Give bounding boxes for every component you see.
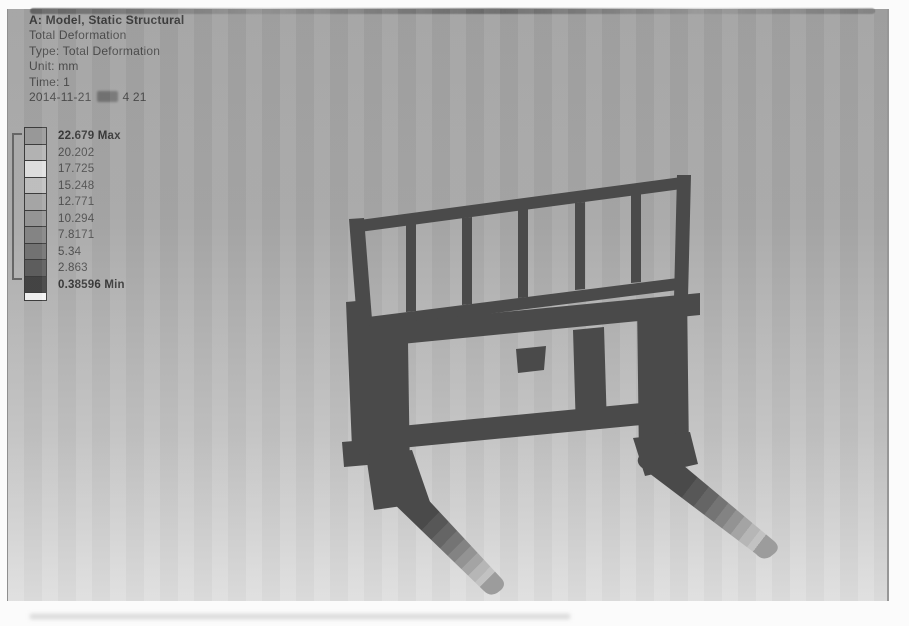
legend-row-cap <box>24 293 125 301</box>
legend-label: 12.771 <box>58 196 94 208</box>
legend-bracket <box>12 133 22 280</box>
legend-row: 7.8171 <box>24 227 125 244</box>
result-info-block: A: Model, Static Structural Total Deform… <box>29 13 184 105</box>
legend-label: 10.294 <box>58 213 94 225</box>
timestamp-smudge <box>97 91 118 102</box>
legend-swatch <box>24 259 47 277</box>
graphics-viewport[interactable]: A: Model, Static Structural Total Deform… <box>7 9 889 601</box>
result-name: Total Deformation <box>29 28 184 43</box>
legend-swatch <box>24 144 47 162</box>
result-type: Type: Total Deformation <box>29 44 184 59</box>
legend-label: 17.725 <box>58 163 94 175</box>
legend-row: 10.294 <box>24 211 125 228</box>
legend-max-label: 22.679 Max <box>58 130 121 142</box>
ansys-result-screenshot: A: Model, Static Structural Total Deform… <box>0 0 909 626</box>
legend-swatch <box>24 210 47 228</box>
legend-swatch <box>24 193 47 211</box>
legend-swatch <box>24 127 47 145</box>
legend-label: 5.34 <box>58 246 81 258</box>
legend-swatch <box>24 160 47 178</box>
legend-row: 22.679 Max <box>24 128 125 145</box>
legend-row: 20.202 <box>24 145 125 162</box>
timestamp-date: 2014-11-21 <box>29 90 92 104</box>
legend-cap-swatch <box>24 292 47 301</box>
result-time: Time: 1 <box>29 75 184 90</box>
result-unit: Unit: mm <box>29 59 184 74</box>
legend-min-label: 0.38596 Min <box>58 279 125 291</box>
timestamp-suffix: 4 21 <box>123 90 147 104</box>
legend-row: 0.38596 Min <box>24 277 125 294</box>
result-title: A: Model, Static Structural <box>29 13 184 28</box>
legend-swatch <box>24 276 47 294</box>
legend-swatch <box>24 226 47 244</box>
legend-label: 7.8171 <box>58 229 94 241</box>
legend-swatch <box>24 177 47 195</box>
deformation-legend: 22.679 Max 20.202 17.725 15.248 12.771 1… <box>24 128 125 301</box>
legend-label: 20.202 <box>58 147 94 159</box>
legend-row: 5.34 <box>24 244 125 261</box>
legend-row: 17.725 <box>24 161 125 178</box>
legend-label: 15.248 <box>58 180 94 192</box>
legend-row: 15.248 <box>24 178 125 195</box>
legend-row: 2.863 <box>24 260 125 277</box>
legend-swatch <box>24 243 47 261</box>
timestamp: 2014-11-214 21 <box>29 90 184 105</box>
legend-label: 2.863 <box>58 262 88 274</box>
legend-row: 12.771 <box>24 194 125 211</box>
scan-artifact-bottom <box>30 614 570 619</box>
